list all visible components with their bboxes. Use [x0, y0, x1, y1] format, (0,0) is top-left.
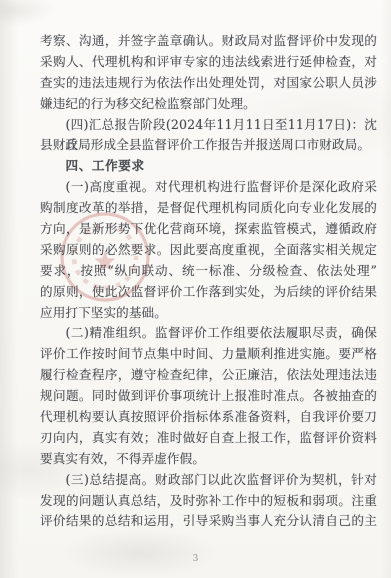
text-line: 考察、沟通，并签字盖章确认。财政局对监督评价中发现的 [40, 31, 377, 52]
text-line: 规问题。同时做到评价事项统计上报准时准点。各被抽查的 [40, 386, 377, 407]
text-line: 评价结果的总结和运用，引导采购当事人充分认清自己的主 [40, 511, 377, 532]
page-number: 3 [0, 554, 391, 564]
text-line: (四)汇总报告阶段(2024年11月11日至11月17日)：沈丘 [40, 115, 377, 136]
text-line: 购制度改革的举措，是督促代理机构同质化向专业化发展的 [40, 198, 377, 219]
text-line: 采购原则的必然要求。因此要高度重视，全面落实相关规定 [40, 240, 377, 261]
text-line: 评价工作按时间节点集中时间、力量顺利推进实施。要严格 [40, 344, 377, 365]
text-line: 应用打下坚实的基础。 [40, 303, 377, 324]
text-line: 查实的违法违规行为依法作出处理处罚，对国家公职人员涉 [40, 73, 377, 94]
text-line: (三)总结提高。财政部门以此次监督评价为契机，针对 [40, 470, 377, 491]
text-line: 代理机构要认真按照评价指标体系准备资料，自我评价要刀 [40, 407, 377, 428]
text-line: 刃向内，真实有效；准时做好自查上报工作，监督评价资料 [40, 428, 377, 449]
text-line: 要真实有效，不得弄虚作假。 [40, 449, 377, 470]
text-line: (二)精准组织。监督评价工作组要依法履职尽责，确保 [40, 323, 377, 344]
text-line: 的原则，使此次监督评价工作落到实处，为后续的评价结果 [40, 282, 377, 303]
text-line: (一)高度重视。对代理机构进行监督评价是深化政府采 [40, 177, 377, 198]
text-line: 采购人、代理机构和评审专家的违法线索进行延伸检查，对 [40, 52, 377, 73]
section-heading: 四、工作要求 [40, 156, 377, 177]
document-body: 考察、沟通，并签字盖章确认。财政局对监督评价中发现的采购人、代理机构和评审专家的… [40, 31, 377, 532]
scanned-document-page: 考察、沟通，并签字盖章确认。财政局对监督评价中发现的采购人、代理机构和评审专家的… [0, 0, 391, 578]
text-line: 县财政局形成全县监督评价工作报告并报送周口市财政局。 [40, 135, 377, 156]
text-line: 发现的问题认真总结，及时弥补工作中的短板和弱项。注重 [40, 491, 377, 512]
text-line: 方向，是新形势下优化营商环境，探索监管模式，遵循政府 [40, 219, 377, 240]
text-line: 嫌违纪的行为移交纪检监察部门处理。 [40, 94, 377, 115]
text-line: 要求，按照“纵向联动、统一标准、分级检查、依法处理” [40, 261, 377, 282]
text-line: 履行检查程序，遵守检查纪律，公正廉洁，依法处理违法违 [40, 365, 377, 386]
